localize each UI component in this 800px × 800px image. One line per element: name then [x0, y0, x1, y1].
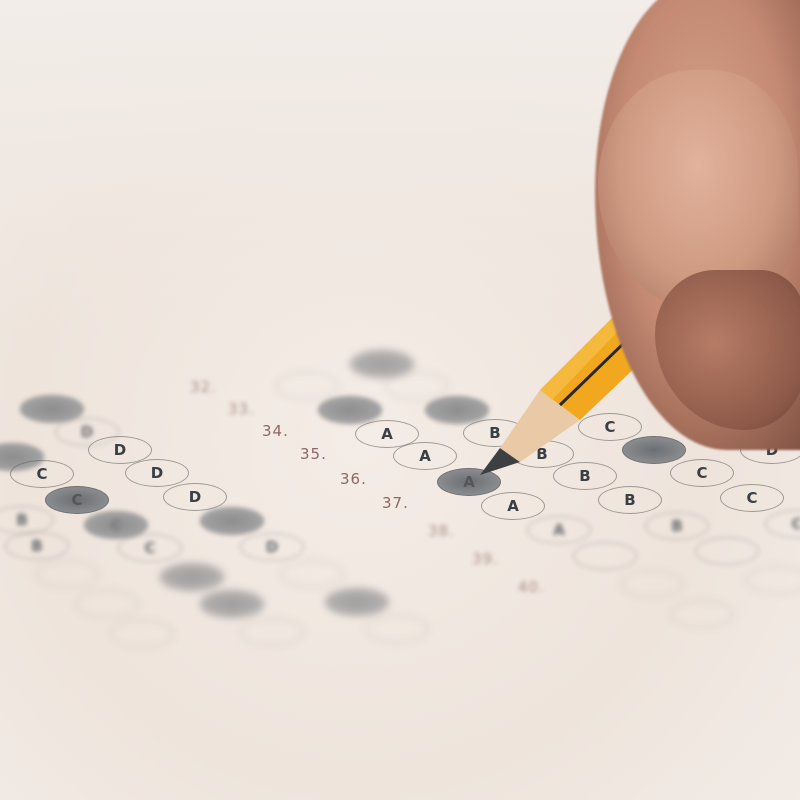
bubble-filled	[200, 507, 264, 535]
bubble	[745, 566, 800, 594]
question-number: 38.	[428, 522, 455, 540]
question-number: 40.	[518, 578, 545, 596]
question-number: 35.	[300, 445, 327, 463]
bubble: D	[125, 459, 189, 487]
question-number: 34.	[262, 422, 289, 440]
bubble	[385, 372, 449, 400]
question-number: 32.	[190, 378, 217, 396]
question-number: 39.	[472, 550, 499, 568]
bubble-38-b: B	[645, 512, 709, 540]
bubble-35-a: A	[393, 442, 457, 470]
bubble	[365, 615, 429, 643]
bubble: C	[118, 534, 182, 562]
bubble-38-c: C	[765, 510, 800, 538]
bubble	[275, 372, 339, 400]
bubble	[75, 590, 139, 618]
bubble: B	[0, 506, 54, 534]
bubble	[280, 560, 344, 588]
bubble	[620, 570, 684, 598]
bubble-filled	[325, 588, 389, 616]
bubble: D	[240, 533, 304, 561]
question-number: 37.	[382, 494, 409, 512]
question-number: 36.	[340, 470, 367, 488]
bubble: B	[5, 532, 69, 560]
bubble-37-c: C	[720, 484, 784, 512]
bubble: C	[10, 460, 74, 488]
bubble	[670, 600, 734, 628]
bubble-38-a: A	[527, 516, 591, 544]
bubble-filled	[160, 563, 224, 591]
bubble	[573, 542, 637, 570]
bubble-filled	[318, 396, 382, 424]
question-number: 33.	[228, 400, 255, 418]
bubble-filled	[200, 590, 264, 618]
bubble	[240, 618, 304, 646]
bubble	[110, 620, 174, 648]
bubble	[35, 560, 99, 588]
bubble: D	[163, 483, 227, 511]
bubble	[695, 537, 759, 565]
bubble-filled: C	[45, 486, 109, 514]
